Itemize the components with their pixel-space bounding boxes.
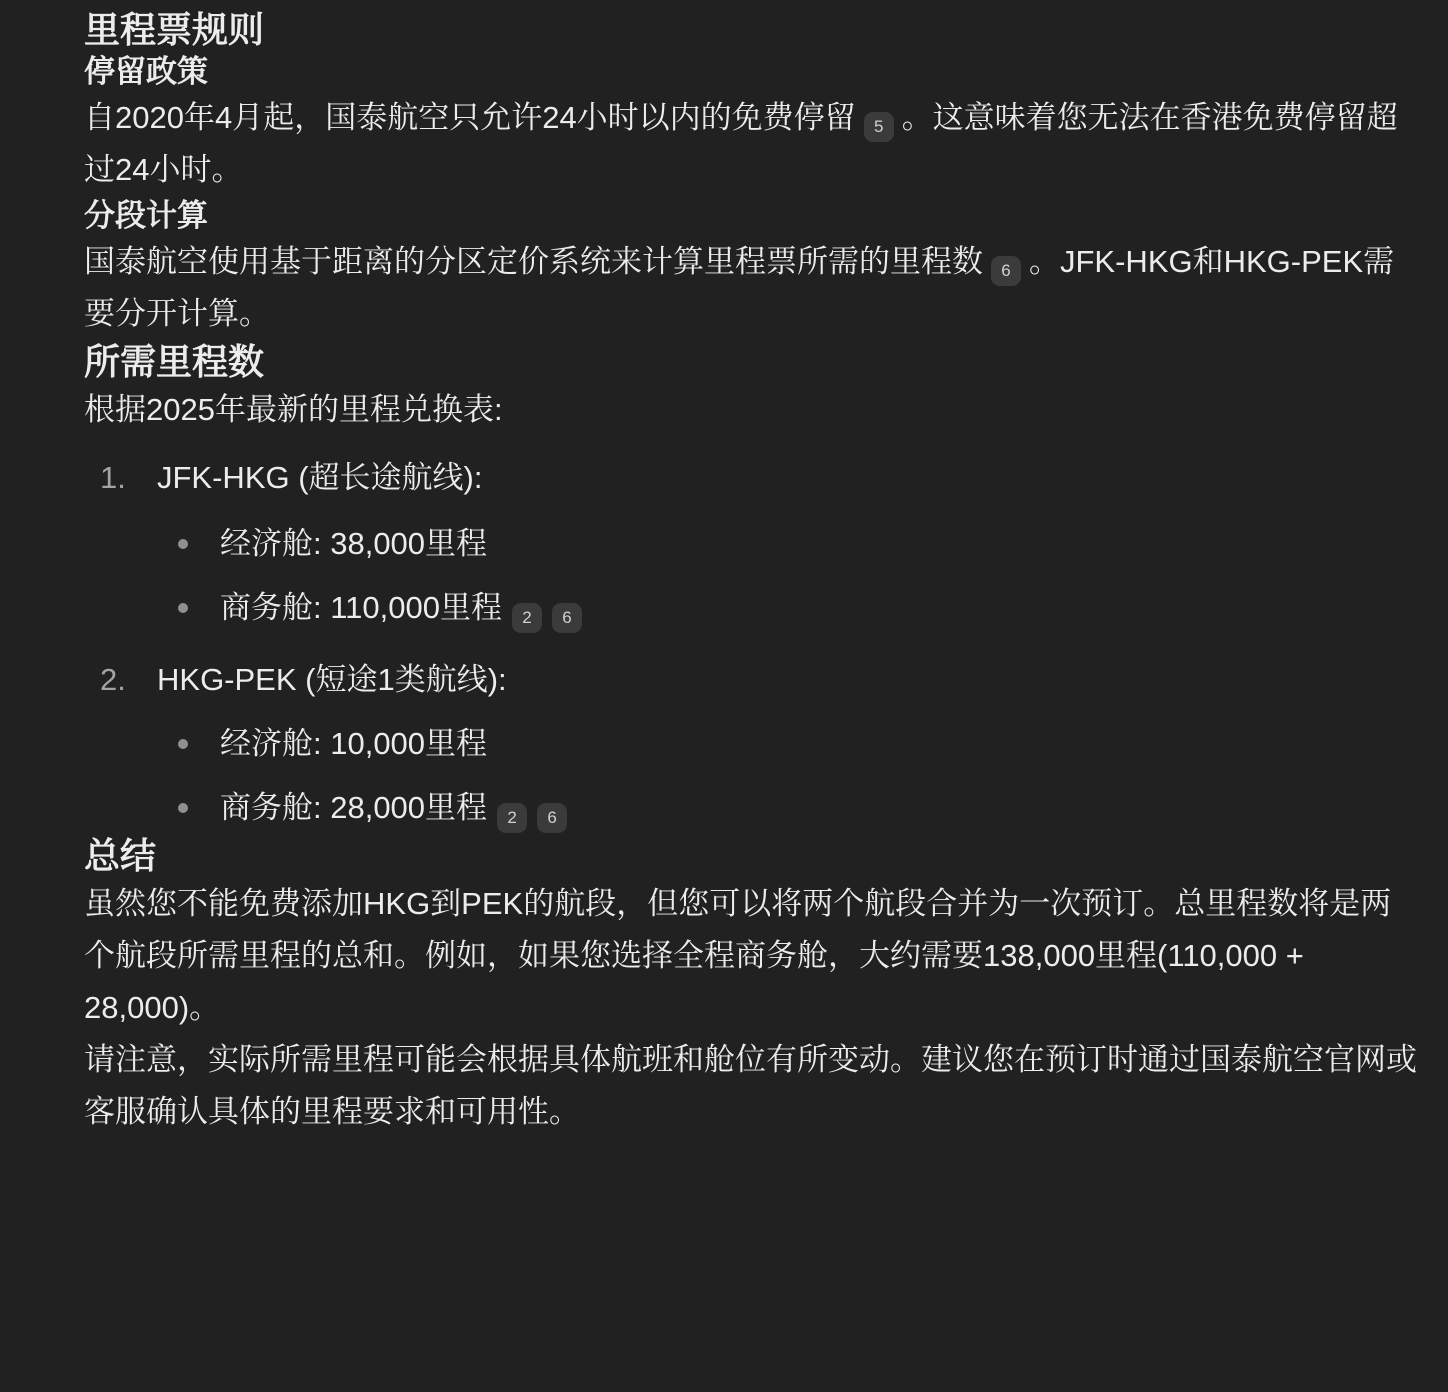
- list-item-number: 1.: [84, 452, 157, 504]
- doc-title: 里程票规则: [84, 8, 1420, 52]
- stopover-heading: 停留政策: [84, 52, 1420, 92]
- mileage-intro: 根据2025年最新的里程兑换表:: [84, 384, 1420, 436]
- assistant-message: 里程票规则 停留政策 自2020年4月起，国泰航空只允许24小时以内的免费停留5…: [0, 0, 1448, 1392]
- routes-ordered-list: 1. JFK-HKG (超长途航线): 经济舱: 38,000里程 商务舱: 1…: [84, 452, 1420, 834]
- option-text: 经济舱: 38,000里程: [220, 518, 487, 570]
- list-item-number: 2.: [84, 654, 157, 706]
- stopover-paragraph: 自2020年4月起，国泰航空只允许24小时以内的免费停留5。这意味着您无法在香港…: [84, 92, 1420, 196]
- list-item-option: 商务舱: 28,000里程26: [84, 782, 1420, 834]
- citation-badge[interactable]: 5: [864, 112, 894, 142]
- stopover-text-a: 自2020年4月起，国泰航空只允许24小时以内的免费停留: [84, 100, 856, 135]
- bullet-icon: [178, 803, 188, 813]
- citation-badge[interactable]: 2: [497, 803, 527, 833]
- list-item-label: JFK-HKG (超长途航线):: [157, 452, 482, 504]
- list-item-route-1: 1. JFK-HKG (超长途航线):: [84, 452, 1420, 504]
- citation-badge[interactable]: 2: [512, 603, 542, 633]
- citation-badge[interactable]: 6: [552, 603, 582, 633]
- summary-paragraph-2: 请注意，实际所需里程可能会根据具体航班和舱位有所变动。建议您在预订时通过国泰航空…: [84, 1034, 1420, 1138]
- segment-paragraph: 国泰航空使用基于距离的分区定价系统来计算里程票所需的里程数6。JFK-HKG和H…: [84, 236, 1420, 340]
- option-text: 商务舱: 110,000里程26: [220, 582, 582, 634]
- summary-paragraph-1: 虽然您不能免费添加HKG到PEK的航段，但您可以将两个航段合并为一次预订。总里程…: [84, 878, 1420, 1034]
- bullet-icon: [178, 603, 188, 613]
- option-text-inner: 商务舱: 110,000里程: [220, 590, 502, 625]
- summary-heading: 总结: [84, 834, 1420, 878]
- mileage-heading: 所需里程数: [84, 340, 1420, 384]
- option-text: 商务舱: 28,000里程26: [220, 782, 567, 834]
- citation-badge[interactable]: 6: [991, 256, 1021, 286]
- segment-text-a: 国泰航空使用基于距离的分区定价系统来计算里程票所需的里程数: [84, 244, 983, 279]
- list-item-option: 经济舱: 38,000里程: [84, 518, 1420, 570]
- list-item-route-2: 2. HKG-PEK (短途1类航线):: [84, 654, 1420, 706]
- list-item-option: 商务舱: 110,000里程26: [84, 582, 1420, 634]
- bullet-icon: [178, 739, 188, 749]
- list-item-option: 经济舱: 10,000里程: [84, 718, 1420, 770]
- segment-heading: 分段计算: [84, 196, 1420, 236]
- list-item-label: HKG-PEK (短途1类航线):: [157, 654, 507, 706]
- citation-badge[interactable]: 6: [537, 803, 567, 833]
- bullet-icon: [178, 539, 188, 549]
- option-text-inner: 商务舱: 28,000里程: [220, 790, 487, 825]
- option-text: 经济舱: 10,000里程: [220, 718, 487, 770]
